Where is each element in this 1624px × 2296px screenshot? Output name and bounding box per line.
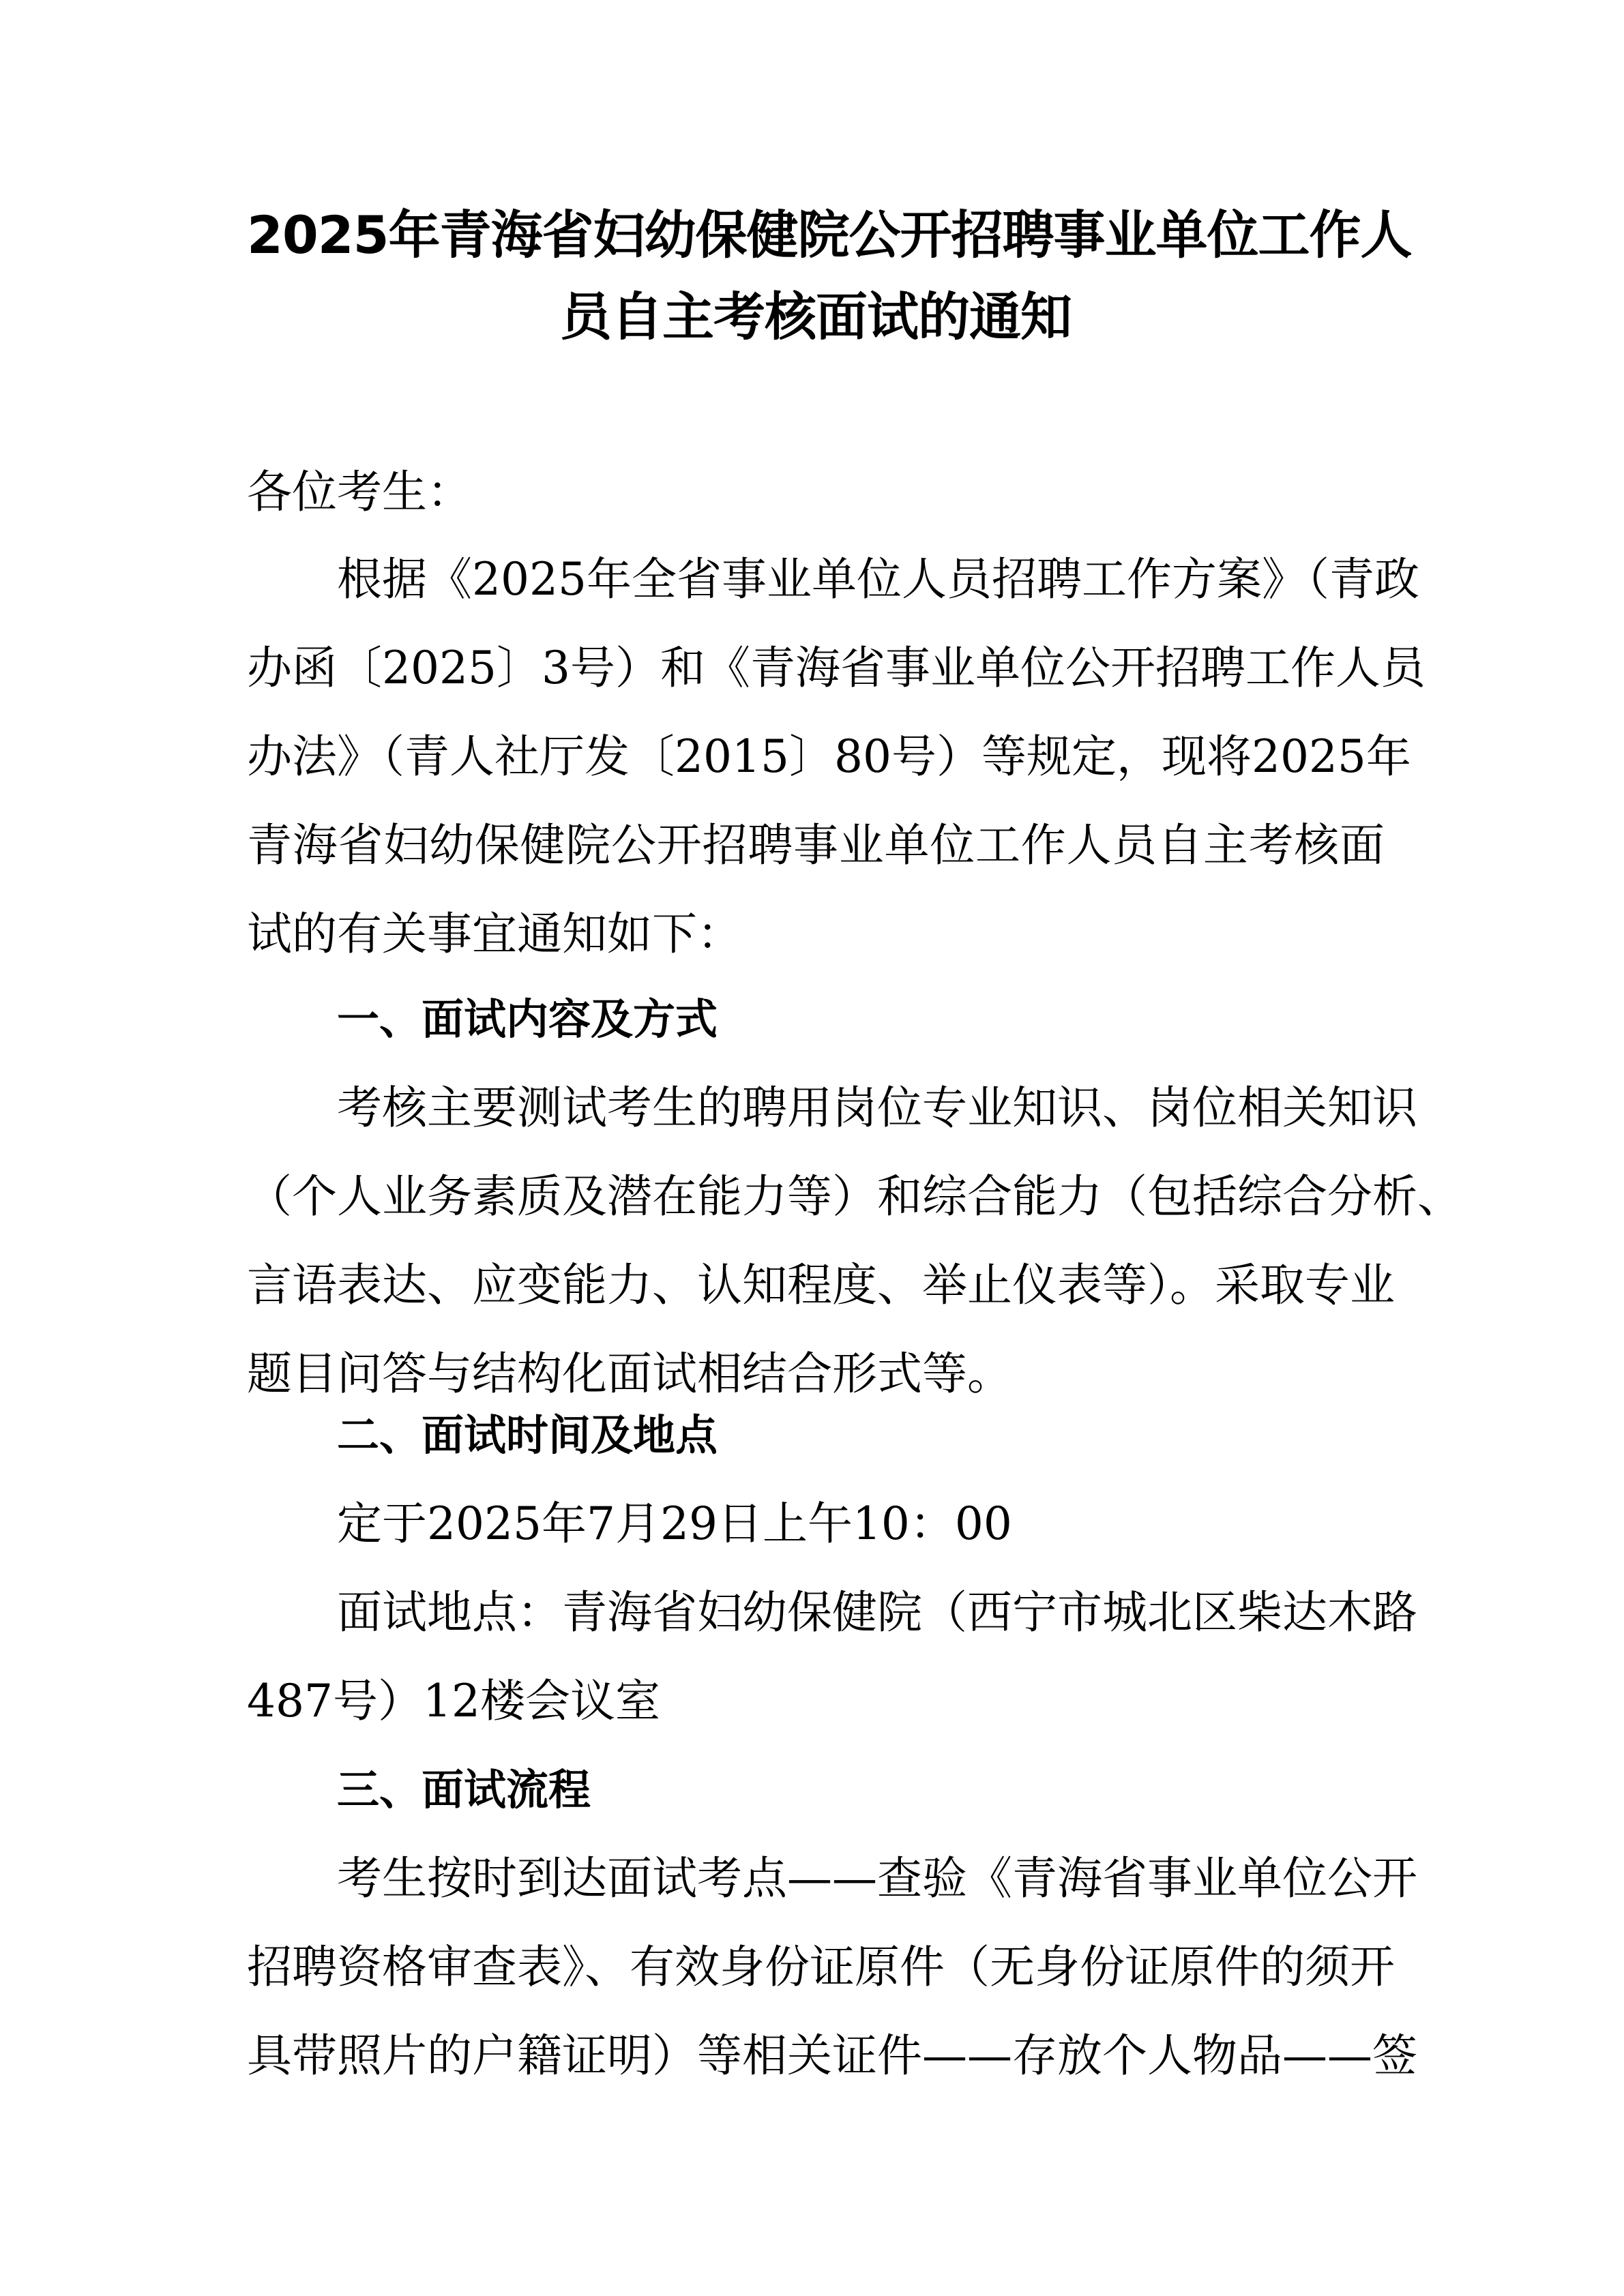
document-page: 2025年青海省妇幼保健院公开招聘事业单位工作人 员自主考核面试的通知 各位考生… bbox=[0, 0, 1624, 2296]
section-3-line-1: 考生按时到达面试考点——查验《青海省事业单位公开 bbox=[337, 1851, 1385, 1906]
section-3-line-2: 招聘资格审查表》、有效身份证原件（无身份证原件的须开 bbox=[247, 1940, 1385, 1995]
document-title-line-1: 2025年青海省妇幼保健院公开招聘事业单位工作人 bbox=[247, 205, 1385, 266]
intro-line-5: 试的有关事宜通知如下： bbox=[247, 907, 1385, 961]
section-2-heading: 二、面试时间及地点 bbox=[337, 1408, 718, 1463]
interview-location-line-1: 面试地点：青海省妇幼保健院（西宁市城北区柴达木路 bbox=[337, 1585, 1385, 1640]
section-1-heading: 一、面试内容及方式 bbox=[337, 992, 718, 1047]
document-title-line-2: 员自主考核面试的通知 bbox=[247, 286, 1385, 348]
section-1-line-3: 言语表达、应变能力、认知程度、举止仪表等）。采取专业 bbox=[247, 1258, 1385, 1313]
section-3-line-3: 具带照片的户籍证明）等相关证件——存放个人物品——签 bbox=[247, 2029, 1385, 2083]
section-1-line-1: 考核主要测试考生的聘用岗位专业知识、岗位相关知识 bbox=[337, 1081, 1385, 1135]
intro-line-4: 青海省妇幼保健院公开招聘事业单位工作人员自主考核面 bbox=[247, 818, 1385, 873]
salutation: 各位考生： bbox=[247, 465, 1385, 520]
interview-time: 定于2025年7月29日上午10：00 bbox=[337, 1497, 1385, 1551]
intro-line-3: 办法》（青人社厅发〔2015〕80号）等规定，现将2025年 bbox=[247, 730, 1385, 784]
intro-line-1: 根据《2025年全省事业单位人员招聘工作方案》（青政 bbox=[337, 552, 1385, 607]
interview-location-line-2: 487号）12楼会议室 bbox=[247, 1674, 1385, 1729]
section-1-line-4: 题目问答与结构化面试相结合形式等。 bbox=[247, 1347, 1385, 1401]
section-1-line-2: （个人业务素质及潜在能力等）和综合能力（包括综合分析、 bbox=[247, 1169, 1385, 1224]
section-3-heading: 三、面试流程 bbox=[337, 1763, 591, 1817]
intro-line-2: 办函〔2025〕3号）和《青海省事业单位公开招聘工作人员 bbox=[247, 641, 1385, 696]
